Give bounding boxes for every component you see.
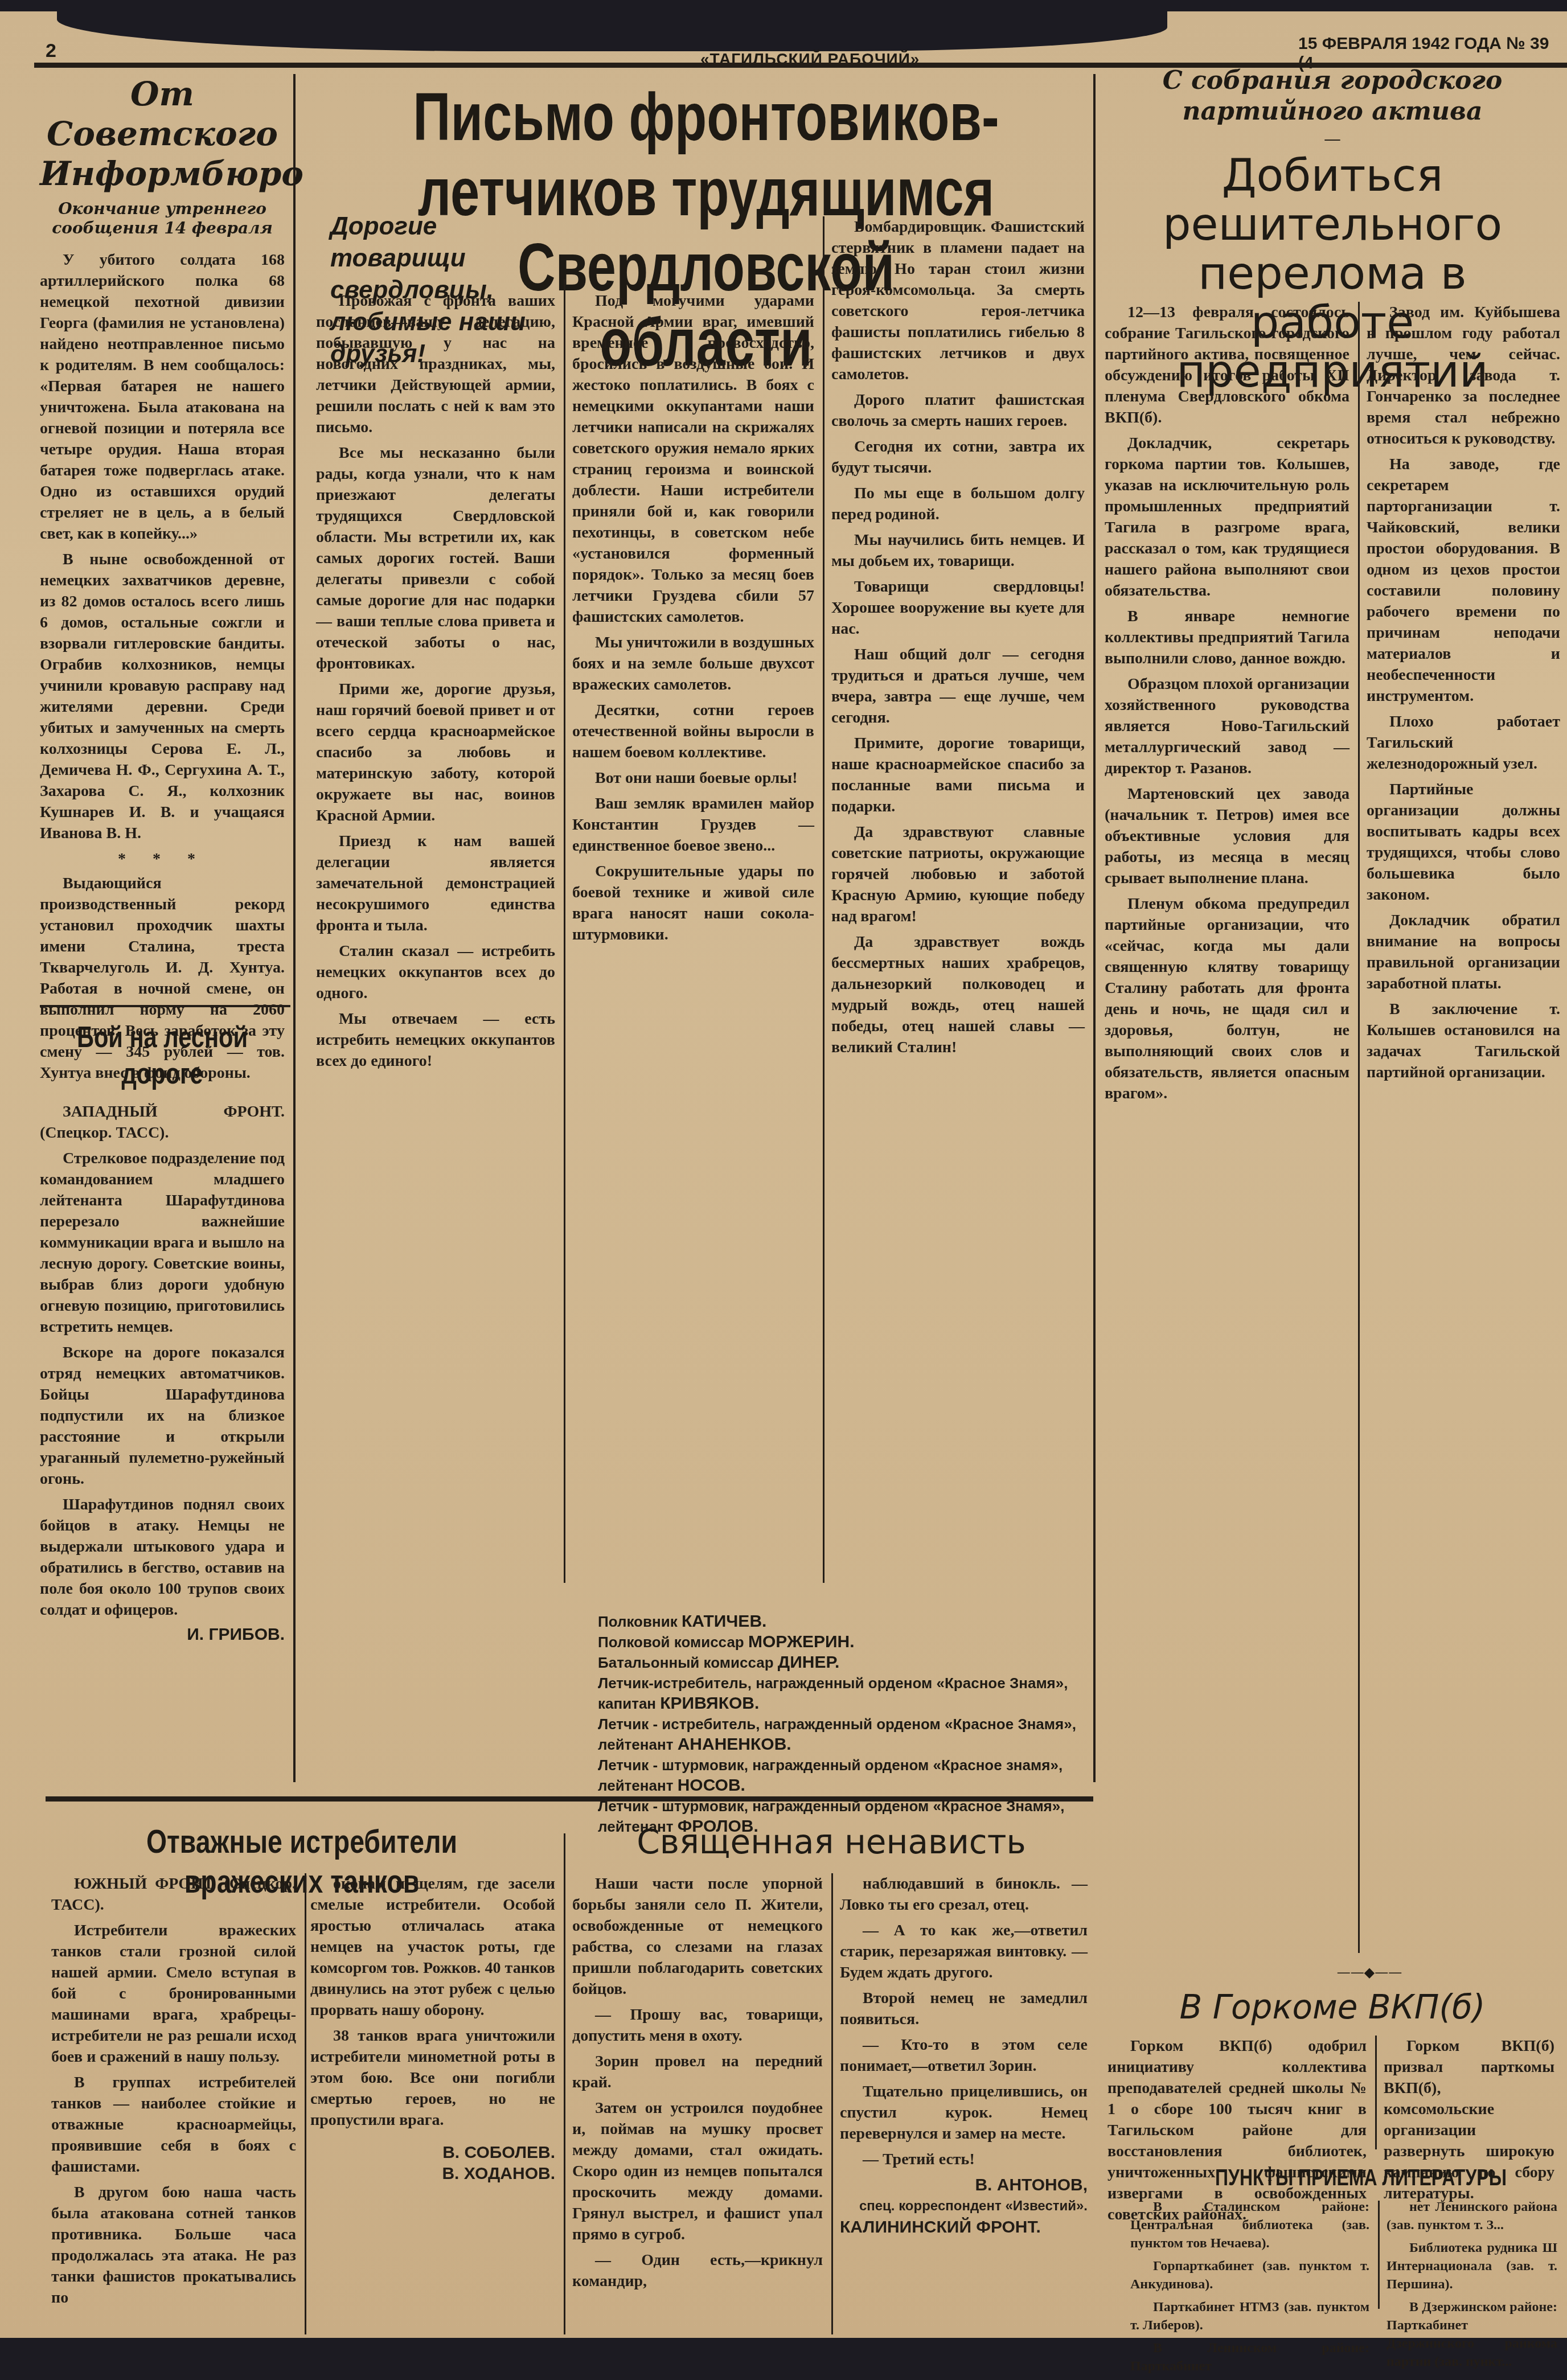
paragraph: Товарищи свердловцы! Хорошее вооружение … — [831, 576, 1085, 639]
signature: В. ХОДАНОВ. — [310, 2163, 555, 2184]
paragraph: Библиотека рудника Ш Интернационала (зав… — [1386, 2239, 1557, 2293]
paragraph: Горпарткабинет (зав. пунктом т. Анкудино… — [1130, 2257, 1369, 2293]
paragraph: Мартеновский цех завода (начальник т. Пе… — [1105, 783, 1349, 889]
paragraph: Примите, дорогие товарищи, наше красноар… — [831, 733, 1085, 817]
paragraph: Десятки, сотни героев отечественной войн… — [572, 700, 814, 763]
signer: Летчик-истребитель, награжденный орденом… — [598, 1673, 1088, 1714]
party-column-2: Завод им. Куйбышева в прошлом году работ… — [1367, 302, 1560, 1088]
paragraph: Второй немец не замедлил появиться. — [840, 1988, 1088, 2030]
signer: Летчик - истребитель, награжденный орден… — [598, 1714, 1088, 1755]
paragraph: Докладчик обратил внимание на вопросы пр… — [1367, 910, 1560, 994]
tank-column-1: ЮЖНЫЙ ФРОНТ. (Спецкор. ТАСС). Истребител… — [51, 1873, 296, 2313]
paragraph: На заводе, где секретарем парторганизаци… — [1367, 454, 1560, 707]
paragraph: Дорого платит фашистская сволочь за смер… — [831, 389, 1085, 432]
paragraph: Парткабинет НТМЗ (зав. пунктом т. Либеро… — [1130, 2298, 1369, 2334]
paragraph: Да здравствует вождь бессмертных наших х… — [831, 932, 1085, 1058]
paragraph: В другом бою наша часть была атакована с… — [51, 2182, 296, 2308]
article-subtitle: Окончание утреннего сообщения 14 февраля — [40, 199, 285, 238]
signature-place: КАЛИНИНСКИЙ ФРОНТ. — [840, 2217, 1088, 2238]
collection-column-1: В Сталинском районе: Центральная библиот… — [1130, 2198, 1369, 2338]
article-title: Священная ненависть — [569, 1822, 1093, 1862]
paragraph: Зорин провел на передний край. — [572, 2051, 823, 2093]
collection-points-article: ПУНКТЫ ПРИЕМА ЛИТЕРАТУРЫ — [1167, 2164, 1554, 2192]
paragraph: — Кто-то в этом селе понимает,—ответил З… — [840, 2034, 1088, 2077]
section-rule — [40, 1005, 290, 1007]
collection-column-2: нет Ленинского района (зав. пунктом т. З… — [1386, 2198, 1557, 2338]
column-divider — [305, 1873, 306, 2334]
signature: И. ГРИБОВ. — [40, 1625, 285, 1644]
paragraph: Тщательно прицелившись, он спустил курок… — [840, 2081, 1088, 2144]
article-kicker: С собрания городского партийного актива — [1110, 65, 1554, 127]
paragraph: Мы уничтожили в воздушных боях и на земл… — [572, 632, 814, 695]
paragraph: Горком ВКП(б) одобрил инициативу коллект… — [1107, 2036, 1367, 2225]
paragraph: Ваш земляк врамилен майор Константин Гру… — [572, 793, 814, 856]
hatred-column-1: Наши части после упорной борьбы заняли с… — [572, 1873, 823, 2296]
paragraph: Сегодня их сотни, завтра их будут тысячи… — [831, 436, 1085, 478]
column-divider — [1378, 2201, 1380, 2309]
article-title: Бой на лесной дороге — [64, 1019, 260, 1092]
paragraph: Под могучими ударами Красной Армии враг,… — [572, 290, 814, 627]
dateline: ЮЖНЫЙ ФРОНТ. (Спецкор. ТАСС). — [51, 1873, 296, 1915]
article-body: У убитого солдата 168 артиллерийского по… — [40, 249, 285, 1084]
hatred-column-2: наблюдавший в бинокль. — Ловко ты его ср… — [840, 1873, 1088, 2238]
paragraph: окопам и щелям, где засели смелые истреб… — [310, 1873, 555, 2021]
paragraph: — Один есть,—крикнул командир, — [572, 2250, 823, 2292]
sovinformburo-article: От Советского Информбюро Окончание утрен… — [40, 74, 285, 1088]
dash-separator: — — [1110, 129, 1554, 149]
section-rule — [46, 1796, 1093, 1802]
paragraph: Стрелковое подразделение под командовани… — [40, 1148, 285, 1337]
paragraph: Провожая с фронта ваших посланцев—вашу д… — [316, 290, 555, 438]
letter-column-3: Бомбардировщик. Фашистский стервятник в … — [831, 216, 1085, 1062]
paragraph: Да здравствуют славные советские патриот… — [831, 822, 1085, 927]
sacred-hatred-article: Священная ненависть — [569, 1822, 1093, 1862]
signer: Батальонный комиссар ДИНЕР. — [598, 1652, 1088, 1673]
paragraph: Прими же, дорогие друзья, наш горячий бо… — [316, 679, 555, 826]
paragraph: Истребители вражеских танков стали грозн… — [51, 1920, 296, 2067]
newspaper-page: 2 «ТАГИЛЬСКИЙ РАБОЧИЙ» 15 ФЕВРАЛЯ 1942 Г… — [0, 11, 1567, 2338]
gorkom-article: В Горкоме ВКП(б) — [1110, 1987, 1554, 2027]
paragraph: нет Ленинского района (зав. пунктом т. З… — [1386, 2198, 1557, 2234]
paragraph: Шарафутдинов поднял своих бойцов в атаку… — [40, 1494, 285, 1620]
article-title: От Советского Информбюро — [40, 74, 285, 194]
article-title: В Горкоме ВКП(б) — [1110, 1987, 1554, 2027]
signature-role: спец. корреспондент «Известий». — [840, 2196, 1088, 2217]
paragraph: Плохо работает Тагильский железнодорожны… — [1367, 711, 1560, 774]
paragraph: В группах истребителей танков — наиболее… — [51, 2072, 296, 2177]
signer: Летчик - штурмовик, награжденный орденом… — [598, 1755, 1088, 1796]
tank-column-2: окопам и щелям, где засели смелые истреб… — [310, 1873, 555, 2184]
paragraph: — Прошу вас, товарищи, допустить меня в … — [572, 2004, 823, 2046]
paragraph: Партийные организации должны воспитывать… — [1367, 779, 1560, 905]
paragraph: — Третий есть! — [840, 2149, 1088, 2170]
party-column-1: 12—13 февраля состоялось собрание Тагиль… — [1105, 302, 1349, 1109]
paragraph: Сокрушительные удары по боевой технике и… — [572, 861, 814, 945]
paragraph: У убитого солдата 168 артиллерийского по… — [40, 249, 285, 544]
paragraph: Докладчик, секретарь горкома партии тов.… — [1105, 433, 1349, 601]
signer: Полковой комиссар МОРЖЕРИН. — [598, 1632, 1088, 1652]
paragraph: По мы еще в большом долгу перед родиной. — [831, 483, 1085, 525]
paragraph: Сталин сказал — истребить немецких оккуп… — [316, 941, 555, 1004]
letter-column-1: Провожая с фронта ваших посланцев—вашу д… — [316, 290, 555, 1076]
column-divider — [293, 74, 296, 1782]
paragraph: 38 танков врага уничтожили истребители м… — [310, 2025, 555, 2131]
paragraph: Образцом плохой организации хозяйственно… — [1105, 674, 1349, 779]
paragraph: Все мы несказанно были рады, когда узнал… — [316, 442, 555, 674]
paragraph: Мы отвечаем — есть истребить немецких ок… — [316, 1008, 555, 1072]
signature: В. АНТОНОВ, — [840, 2174, 1088, 2196]
paragraph: Наш общий долг — сегодня трудиться и дра… — [831, 644, 1085, 728]
signer: Полковник КАТИЧЕВ. — [598, 1611, 1088, 1632]
paragraph: Вот они наши боевые орлы! — [572, 768, 814, 789]
paragraph: В январе немногие коллективы предприятий… — [1105, 606, 1349, 669]
letter-column-2: Под могучими ударами Красной Армии враг,… — [572, 290, 814, 950]
star-separator: * * * — [40, 848, 285, 869]
article-body: ЗАПАДНЫЙ ФРОНТ. (Спецкор. ТАСС). Стрелко… — [40, 1101, 285, 1620]
page-number: 2 — [46, 40, 56, 62]
paragraph: В Сталинском районе: Центральная библиот… — [1130, 2198, 1369, 2252]
paragraph: Пленум обкома предупредил партийные орга… — [1105, 893, 1349, 1104]
paragraph: Наши части после упорной борьбы заняли с… — [572, 1873, 823, 2000]
column-divider — [1358, 302, 1360, 1953]
paragraph: Бомбардировщик. Фашистский стервятник в … — [831, 216, 1085, 385]
paragraph: наблюдавший в бинокль. — Ловко ты его ср… — [840, 1873, 1088, 1915]
column-divider — [1093, 74, 1096, 1782]
paragraph: Мы научились бить немцев. И мы добьем их… — [831, 530, 1085, 572]
signature: В. СОБОЛЕВ. — [310, 2142, 555, 2163]
forest-road-article: Бой на лесной дороге ЗАПАДНЫЙ ФРОНТ. (Сп… — [40, 1019, 285, 1644]
paragraph: В Дзержинском районе: Парткабинет Дзержи… — [1386, 2298, 1557, 2338]
paragraph: Затем он устроился поудобнее и, поймав н… — [572, 2098, 823, 2245]
column-divider — [831, 1873, 833, 2334]
column-divider — [1375, 2036, 1377, 2149]
dateline: ЗАПАДНЫЙ ФРОНТ. (Спецкор. ТАСС). — [40, 1101, 285, 1143]
paragraph: 12—13 февраля состоялось собрание Тагиль… — [1105, 302, 1349, 428]
letter-signers: Полковник КАТИЧЕВ. Полковой комиссар МОР… — [598, 1611, 1088, 1837]
column-divider — [564, 1833, 565, 2334]
article-title: ПУНКТЫ ПРИЕМА ЛИТЕРАТУРЫ — [1206, 2164, 1516, 2192]
paragraph: В заключение т. Колышев остановился на з… — [1367, 999, 1560, 1083]
paragraph: Приезд к нам вашей делегации является за… — [316, 831, 555, 936]
paragraph: Вскоре на дороге показался отряд немецки… — [40, 1342, 285, 1489]
column-divider — [564, 279, 565, 1583]
paragraph: — А то как же,—ответил старик, перезаряж… — [840, 1920, 1088, 1983]
paragraph: В ныне освобожденной от немецких захватч… — [40, 549, 285, 844]
column-divider — [823, 216, 824, 1583]
ornament-separator: ——◆—— — [1304, 1964, 1435, 1980]
paragraph: Завод им. Куйбышева в прошлом году работ… — [1367, 302, 1560, 449]
